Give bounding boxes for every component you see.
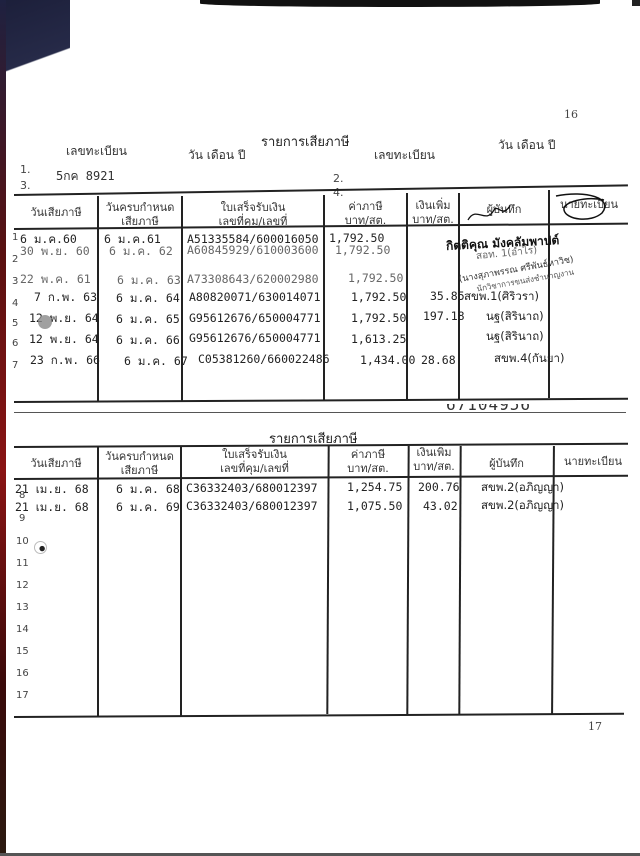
- cell-surcharge: 43.02: [423, 499, 458, 513]
- header-line: เสียภาษี: [98, 464, 181, 478]
- cell-due-date: 6 ม.ค. 68: [116, 481, 180, 499]
- punch-hole-icon: [38, 315, 52, 329]
- row-number: 15: [16, 646, 29, 657]
- row-number: 3: [12, 276, 18, 287]
- page-number-top: 16: [564, 108, 578, 121]
- row-number: 1: [12, 232, 18, 243]
- cell-recorder: นฐ(สิรินาถ): [486, 308, 544, 326]
- cell-tax: 1,613.25: [351, 332, 406, 346]
- table2-header-surcharge: เงินเพิ่ม บาท/สต.: [408, 446, 460, 474]
- header-entry-num: 2.: [333, 172, 344, 185]
- cell-receipt: A73308643/620002980: [187, 272, 319, 286]
- header-plate-label-left: เลขทะเบียน: [66, 142, 127, 161]
- header-line: เสียภาษี: [98, 215, 182, 229]
- cell-tax: 1,792.50: [351, 290, 406, 304]
- header-line: บาท/สต.: [324, 214, 407, 228]
- row-number: 10: [16, 536, 29, 547]
- cell-receipt: G95612676/650004771: [189, 331, 321, 345]
- fold-cut-text: 67104956: [446, 404, 546, 414]
- header-date-label-left: วัน เดือน ปี: [188, 146, 246, 165]
- header-entry-num: 1.: [20, 163, 31, 176]
- cell-paid-date: 21 เม.ย. 68: [15, 481, 89, 499]
- table2-col-divider: [406, 446, 409, 714]
- cell-paid-date: 22 พ.ค. 61: [20, 271, 91, 289]
- header-line: ค่าภาษี: [328, 448, 408, 462]
- header-line: เลขที่คุม/เลขที่: [182, 215, 324, 229]
- header-line: ค่าภาษี: [324, 200, 407, 214]
- cell-due-date: 6 ม.ค. 69: [116, 499, 180, 517]
- cell-recorder: สขพ.2(อภิญญา): [481, 479, 564, 497]
- cell-tax: 1,075.50: [347, 499, 402, 513]
- header-entry-num: 3.: [20, 179, 31, 192]
- header-title: รายการเสียภาษี: [261, 131, 350, 152]
- cell-paid-date: 12 พ.ย. 64: [29, 331, 99, 349]
- table2-header-paid-date: วันเสียภาษี: [14, 457, 98, 471]
- table1-header-tax: ค่าภาษี บาท/สต.: [324, 200, 407, 228]
- cell-paid-date: 30 พ.ย. 60: [20, 243, 90, 261]
- row-number: 2: [12, 254, 18, 265]
- cell-paid-date: 7 ก.พ. 63: [34, 289, 97, 307]
- cell-tax: 1,434.00: [360, 353, 415, 367]
- fold-cut-text-value: 67104956: [446, 404, 531, 414]
- table1-bottom-border: [14, 398, 628, 403]
- cell-paid-date: 21 เม.ย. 68: [15, 499, 89, 517]
- row-number: 17: [16, 690, 29, 701]
- cell-recorder: นฐ(สิรินาถ): [486, 328, 544, 346]
- header-line: เงินเพิ่ม: [408, 446, 460, 460]
- header-line: ใบเสร็จรับเงิน: [182, 201, 324, 215]
- cell-receipt: G95612676/650004771: [189, 311, 321, 325]
- cell-tax: 1,254.75: [347, 480, 402, 494]
- table2-header-due-date: วันครบกำหนด เสียภาษี: [98, 450, 181, 478]
- cell-surcharge: 200.76: [418, 480, 460, 494]
- header-line: วันครบกำหนด: [98, 201, 182, 215]
- header-line: บาท/สต.: [328, 462, 408, 476]
- cell-due-date: 6 ม.ค. 62: [109, 243, 173, 261]
- cell-recorder: สขพ.2(อภิญญา): [481, 497, 564, 515]
- row-number: 11: [16, 558, 29, 569]
- cell-due-date: 6 ม.ค. 64: [116, 290, 180, 308]
- cell-receipt: C36332403/680012397: [186, 499, 318, 513]
- row-number: 13: [16, 602, 29, 613]
- table2-header-receipt: ใบเสร็จรับเงิน เลขที่คุม/เลขที่: [181, 448, 328, 476]
- cell-paid-date: 23 ก.พ. 66: [30, 352, 100, 370]
- document-page: 16 เลขทะเบียน วัน เดือน ปี รายการเสียภาษ…: [6, 0, 640, 856]
- cell-receipt: C36332403/680012397: [186, 481, 318, 495]
- row-number: 4: [12, 298, 18, 309]
- cell-recorder: สขพ.4(กันยา): [494, 350, 564, 368]
- row-number: 14: [16, 624, 29, 635]
- header-date-label-right: วัน เดือน ปี: [498, 136, 556, 155]
- table2-bottom-border: [14, 713, 624, 718]
- header-line: เงินเพิ่ม: [407, 199, 459, 213]
- row-number: 6: [12, 338, 18, 349]
- header-entry-plate: 5กค 8921: [56, 167, 115, 186]
- cell-surcharge: 28.68: [421, 353, 456, 367]
- row-number: 16: [16, 668, 29, 679]
- row-number: 7: [12, 360, 18, 371]
- table1-header-paid-date: วันเสียภาษี: [14, 206, 98, 220]
- header-line: ใบเสร็จรับเงิน: [181, 448, 328, 462]
- header-line: เลขที่คุม/เลขที่: [181, 462, 328, 476]
- cell-tax: 1,792.50: [348, 271, 403, 285]
- cell-due-date: 6 ม.ค. 63: [117, 272, 181, 290]
- cell-due-date: 6 ม.ค. 65: [116, 311, 180, 329]
- table1-header-due-date: วันครบกำหนด เสียภาษี: [98, 201, 182, 229]
- table2-header-recorder: ผู้บันทึก: [460, 457, 553, 471]
- signature-scribble-icon: [466, 200, 516, 230]
- table2-col-divider: [97, 447, 99, 716]
- header-line: วันครบกำหนด: [98, 450, 181, 464]
- table2-header-tax: ค่าภาษี บาท/สต.: [328, 448, 408, 476]
- cell-receipt: C05381260/660022486: [198, 352, 330, 366]
- cell-receipt: A80820071/630014071: [189, 290, 321, 304]
- header-plate-label-right: เลขทะเบียน: [374, 146, 435, 165]
- cell-due-date: 6 ม.ค. 66: [116, 332, 180, 350]
- table1-header-surcharge: เงินเพิ่ม บาท/สต.: [407, 199, 459, 227]
- cell-surcharge: 35.85: [430, 289, 465, 303]
- row-number: 12: [16, 580, 29, 591]
- cell-surcharge: 197.18: [423, 309, 465, 323]
- cell-tax: 1,792.50: [351, 311, 406, 325]
- table1-header-receipt: ใบเสร็จรับเงิน เลขที่คุม/เลขที่: [182, 201, 324, 229]
- row-number: 5: [12, 318, 18, 329]
- punch-hole-icon: [34, 541, 47, 554]
- table2-col-divider: [180, 447, 182, 716]
- cell-due-date: 6 ม.ค. 67: [124, 353, 188, 371]
- table2-header-registrar: นายทะเบียน: [553, 455, 633, 469]
- page-number-bottom: 17: [588, 720, 602, 733]
- signature-scribble-icon: [546, 188, 616, 228]
- cell-receipt: A60845929/610003600: [187, 243, 319, 257]
- table2-col-divider: [326, 446, 329, 714]
- table1-top-border: [14, 184, 628, 195]
- header-line: บาท/สต.: [407, 213, 459, 227]
- cell-tax: 1,792.50: [335, 243, 390, 257]
- header-line: บาท/สต.: [408, 460, 460, 474]
